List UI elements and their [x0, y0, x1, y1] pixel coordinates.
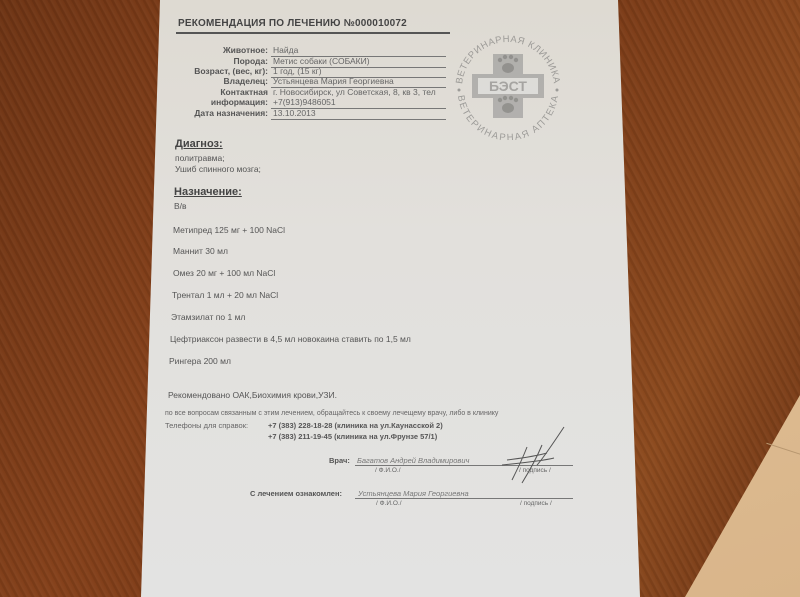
- prescription-heading: Назначение:: [174, 186, 242, 198]
- field-label-owner: Владелец:: [148, 76, 268, 86]
- field-value-owner: Устьянцева Мария Георгиевна: [273, 76, 394, 86]
- phones-label: Телефоны для справок:: [165, 421, 248, 430]
- document-title: РЕКОМЕНДАЦИЯ ПО ЛЕЧЕНИЮ №000010072: [178, 18, 407, 29]
- stamp-logo-text: БЭСТ: [489, 78, 527, 94]
- field-value-address: г. Новосибирск, ул Советская, 8, кв 3, т…: [273, 87, 436, 97]
- doctor-signature: [492, 425, 572, 490]
- field-value-date: 13.10.2013: [273, 108, 316, 118]
- recommendation-text: Рекомендовано ОАК,Биохимия крови,УЗИ.: [168, 390, 337, 400]
- diagnosis-line: Ушиб спинного мозга;: [175, 164, 261, 174]
- field-label-breed: Порода:: [148, 56, 268, 66]
- diagnosis-line: политравма;: [175, 153, 225, 163]
- prescription-item: Рингера 200 мл: [169, 356, 231, 366]
- prescription-item: Метипред 125 мг + 100 NaCl: [173, 225, 285, 235]
- field-label-date: Дата назначения:: [148, 108, 268, 118]
- field-value-phone: +7(913)9486051: [273, 97, 336, 107]
- document: РЕКОМЕНДАЦИЯ ПО ЛЕЧЕНИЮ №000010072 Живот…: [0, 0, 800, 597]
- title-underline: [176, 32, 450, 34]
- clinic-phone: +7 (383) 228-18-28 (клиника на ул.Каунас…: [268, 421, 443, 430]
- prescription-item: Маннит 30 мл: [173, 246, 228, 256]
- fio-caption: / Ф.И.О./: [376, 500, 402, 507]
- diagnosis-heading: Диагноз:: [175, 138, 223, 150]
- field-label-age: Возраст, (вес, кг):: [148, 66, 268, 76]
- acknowledged-name: Устьянцева Мария Георгиевна: [358, 489, 469, 498]
- field-label-contact-info: информация:: [148, 97, 268, 107]
- prescription-item: Трентал 1 мл + 20 мл NaCl: [172, 290, 278, 300]
- clinic-stamp: ВЕТЕРИНАРНАЯ КЛИНИКА ВЕТЕРИНАРНАЯ АПТЕКА…: [448, 28, 568, 140]
- field-label-contact: Контактная: [148, 87, 268, 97]
- doctor-label: Врач:: [329, 456, 350, 465]
- acknowledged-sign-line: [355, 498, 573, 499]
- field-value-animal: Найда: [273, 45, 298, 55]
- prescription-route: В/в: [174, 201, 187, 211]
- prescription-item: Омез 20 мг + 100 мл NaCl: [173, 268, 275, 278]
- sign-caption: / подпись /: [520, 500, 552, 507]
- clinic-phone: +7 (383) 211-19-45 (клиника на ул.Фрунзе…: [268, 432, 437, 441]
- fio-caption: / Ф.И.О./: [375, 467, 401, 474]
- field-label-animal: Животное:: [148, 45, 268, 55]
- prescription-item: Этамзилат по 1 мл: [171, 312, 245, 322]
- acknowledged-label: С лечением ознакомлен:: [250, 489, 342, 498]
- field-value-breed: Метис собаки (СОБАКИ): [273, 56, 370, 66]
- field-value-age: 1 год, (15 кг): [273, 66, 322, 76]
- field-underline: [271, 119, 446, 120]
- doctor-name: Багатов Андрей Владимирович: [357, 456, 469, 465]
- footer-notice: по все вопросам связанным с этим лечение…: [165, 410, 498, 417]
- prescription-item: Цефтриаксон развести в 4,5 мл новокаина …: [170, 334, 411, 344]
